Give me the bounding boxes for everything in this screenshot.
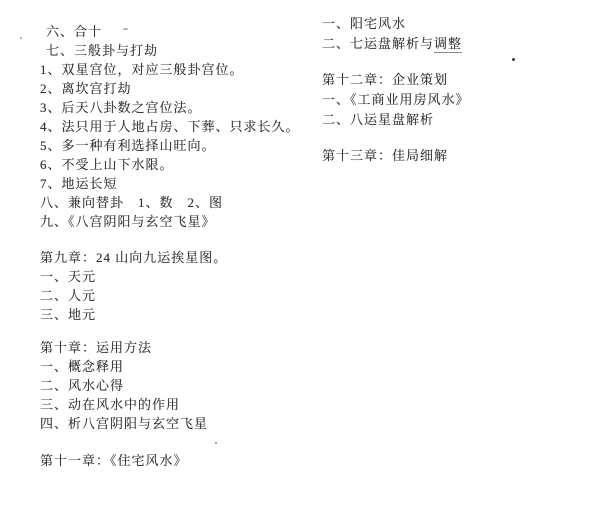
toc-group: 第十章：运用方法一、概念释用二、风水心得三、动在风水中的作用四、析八宫阴阳与玄空… [40,338,320,433]
toc-item: 4、法只用于人地占房、下葬、只求长久。 [40,117,320,136]
scan-speckle [512,58,515,61]
toc-group: 第十二章：企业策划一、《工商业用房风水》二、八运星盘解析 [322,70,582,130]
chapter-heading: 第十章：运用方法 [40,338,320,357]
underlined-text: 调整 [434,36,462,53]
toc-item: 三、地元 [40,305,320,324]
toc-item: 九、《八宫阴阳与玄空飞星》 [40,212,320,231]
toc-item: 二、风水心得 [40,376,320,395]
toc-item: 二、八运星盘解析 [322,110,582,130]
toc-item: 一、天元 [40,267,320,286]
toc-group: 第十一章：《住宅风水》 [40,451,320,470]
toc-item: 1、双星宫位，对应三般卦宫位。 [40,60,320,79]
toc-item: 一、概念释用 [40,357,320,376]
chapter-heading: 第十一章：《住宅风水》 [40,451,320,470]
toc-item: 二、七运盘解析与调整 [322,34,582,54]
toc-group: 六、合十七、三般卦与打劫1、双星宫位，对应三般卦宫位。2、离坎宫打劫3、后天八卦… [40,22,320,231]
toc-item: 七、三般卦与打劫 [40,41,320,60]
toc-group: 第九章：24 山向九运挨星图。一、天元二、人元三、地元 [40,248,320,324]
scan-speckle [20,37,22,39]
toc-item: 八、兼向替卦 1、数 2、图 [40,193,320,212]
chapter-heading: 第九章：24 山向九运挨星图。 [40,248,320,267]
toc-item: 3、后天八卦数之宫位法。 [40,98,320,117]
toc-column-left: 六、合十七、三般卦与打劫1、双星宫位，对应三般卦宫位。2、离坎宫打劫3、后天八卦… [40,22,320,470]
toc-item: 一、阳宅风水 [322,14,582,34]
toc-group: 第十三章：佳局细解 [322,146,582,166]
toc-item: 三、动在风水中的作用 [40,395,320,414]
toc-group: 一、阳宅风水二、七运盘解析与调整 [322,14,582,54]
toc-item: 一、《工商业用房风水》 [322,90,582,110]
scan-speckle [215,442,217,444]
toc-item: 7、地运长短 [40,174,320,193]
toc-item: 六、合十 [40,22,320,41]
toc-item: 二、人元 [40,286,320,305]
toc-item: 2、离坎宫打劫 [40,79,320,98]
toc-item: 6、不受上山下水限。 [40,155,320,174]
toc-item: 四、析八宫阴阳与玄空飞星 [40,414,320,433]
scanned-document-page: 六、合十七、三般卦与打劫1、双星宫位，对应三般卦宫位。2、离坎宫打劫3、后天八卦… [0,0,604,524]
toc-column-right: 一、阳宅风水二、七运盘解析与调整第十二章：企业策划一、《工商业用房风水》二、八运… [322,14,582,166]
toc-item: 5、多一种有利选择山旺向。 [40,136,320,155]
chapter-heading: 第十二章：企业策划 [322,70,582,90]
scan-speckle [123,28,128,30]
chapter-heading: 第十三章：佳局细解 [322,146,582,166]
